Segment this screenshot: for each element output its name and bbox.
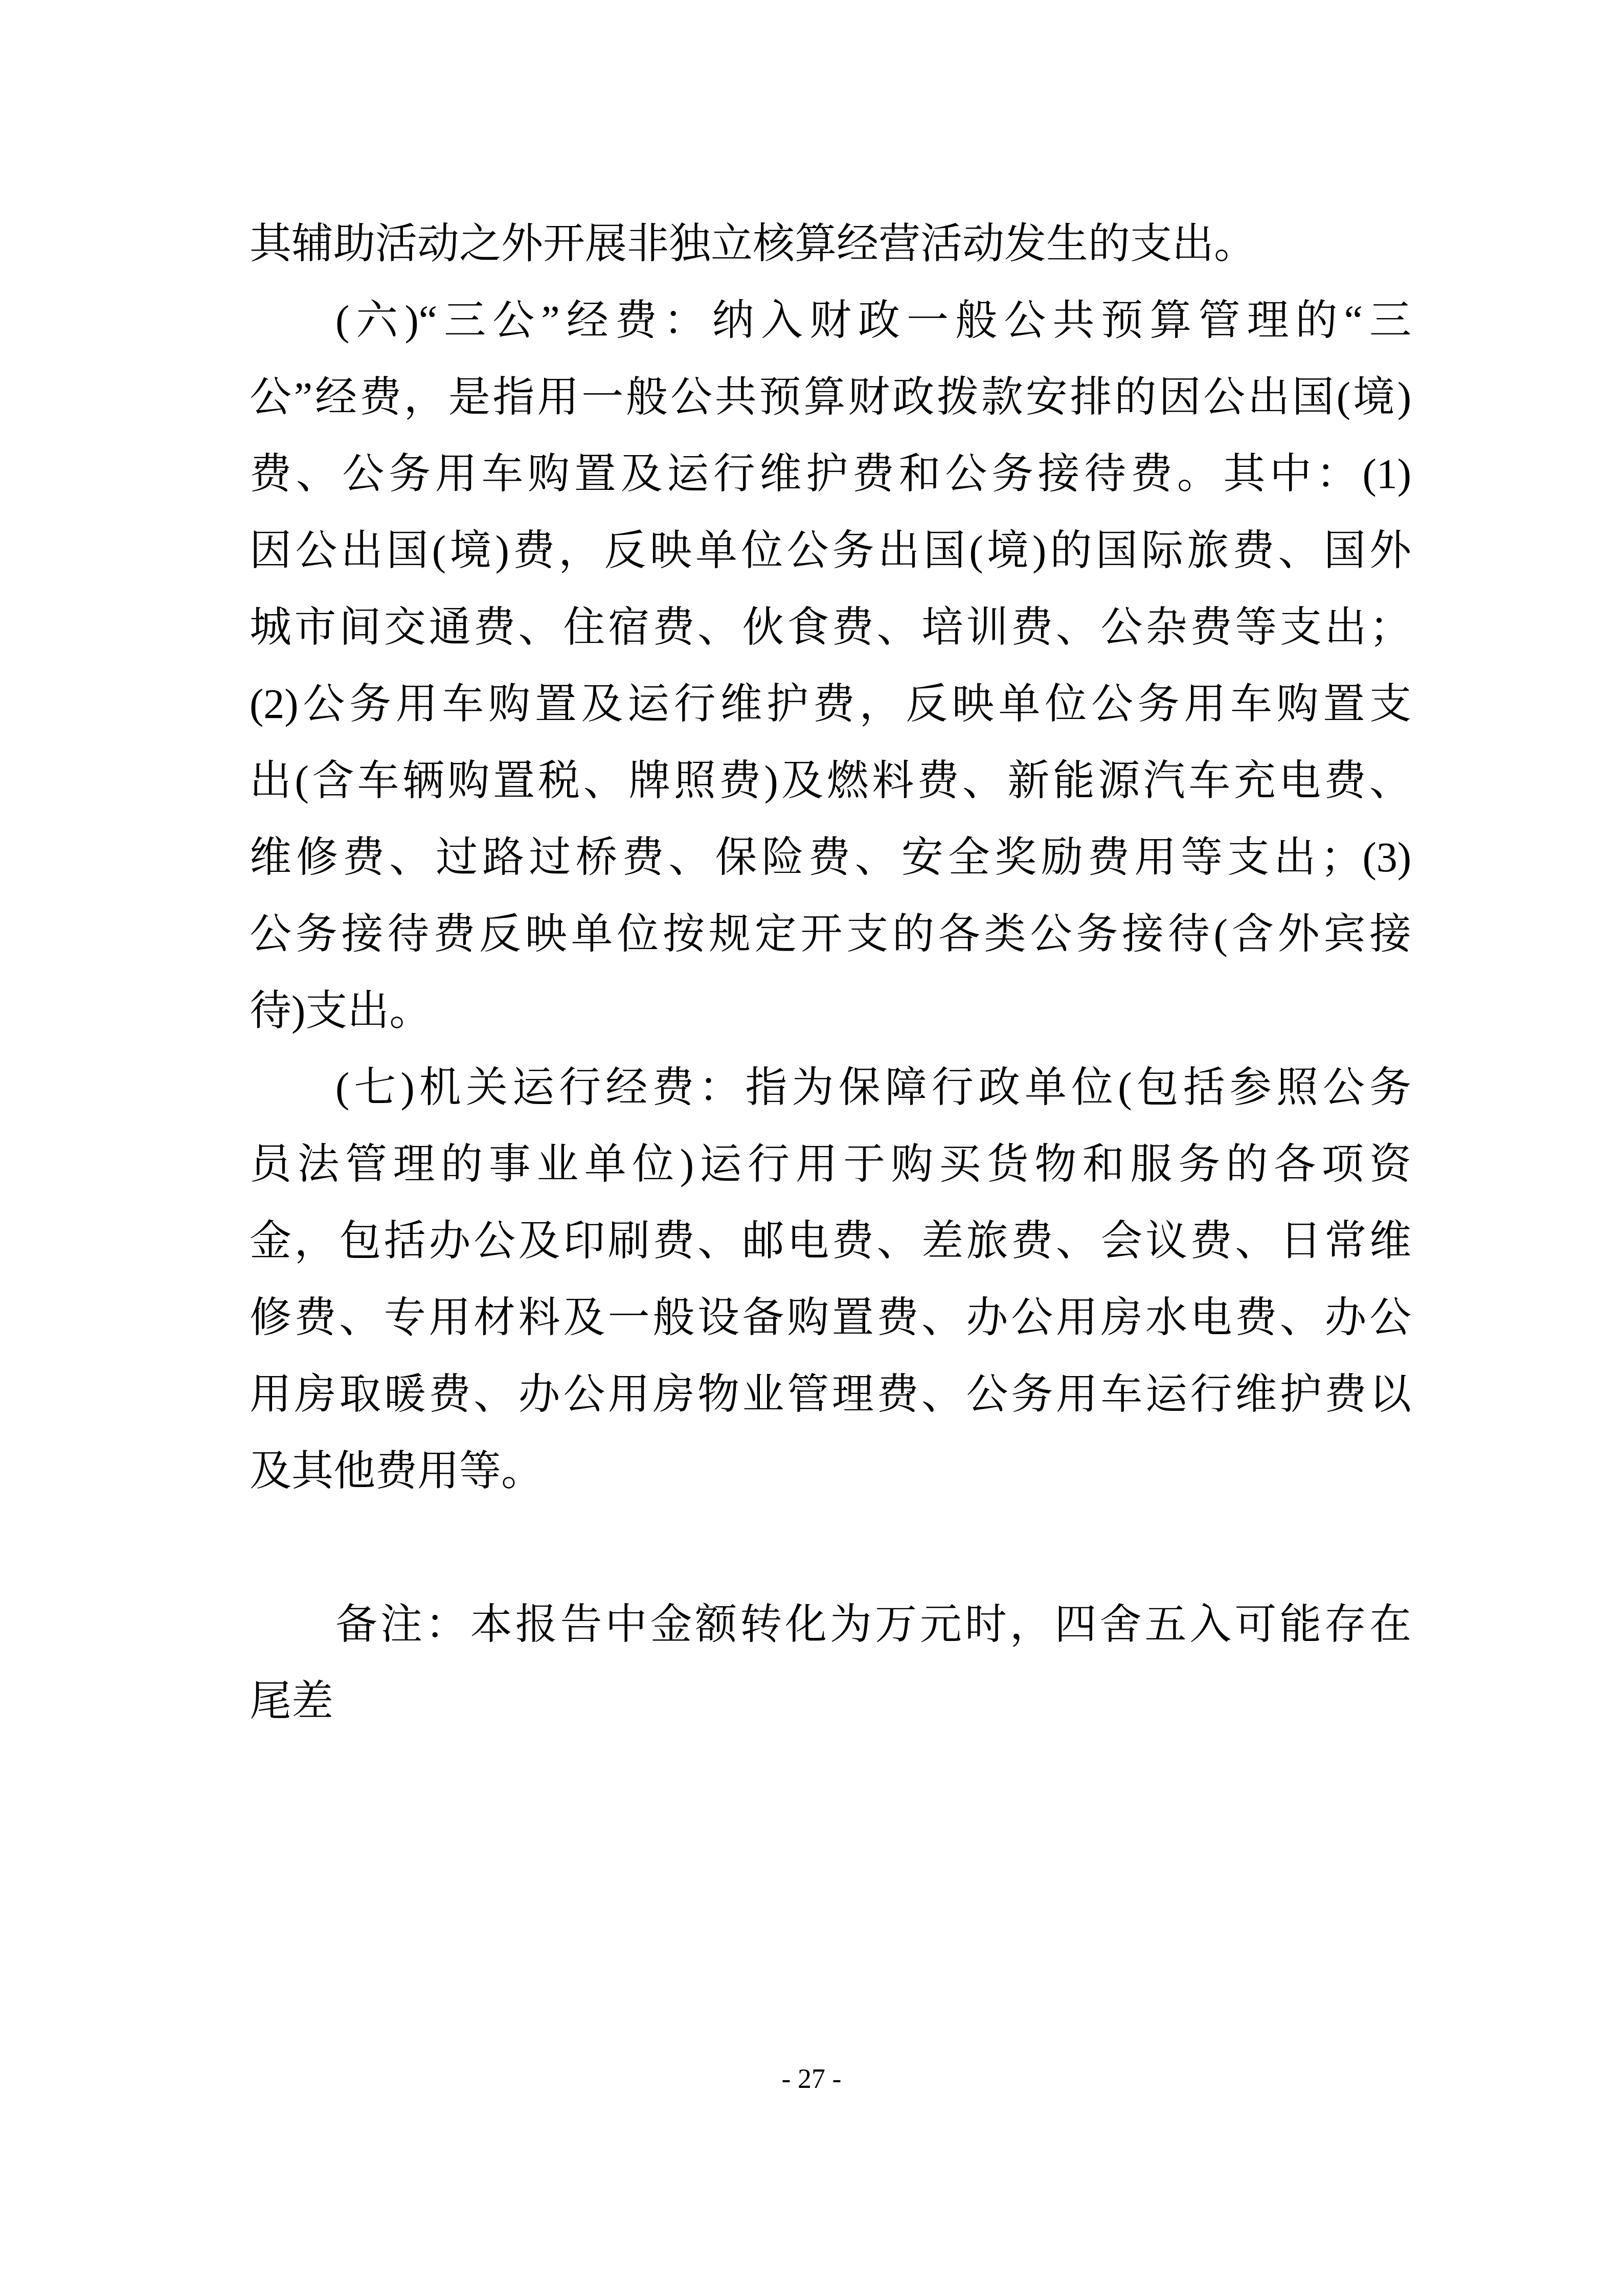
document-body: 其辅助活动之外开展非独立核算经营活动发生的支出。 (六)“三公”经费：纳入财政一… [250,206,1411,1740]
page-number: - 27 - [0,2063,1623,2095]
text-line: 其辅助活动之外开展非独立核算经营活动发生的支出。 [250,206,1411,282]
text-line: 城市间交通费、住宿费、伙食费、培训费、公杂费等支出； [250,589,1411,666]
text-line: 金，包括办公及印刷费、邮电费、差旅费、会议费、日常维 [250,1203,1411,1279]
text-line: 因公出国(境)费，反映单位公务出国(境)的国际旅费、国外 [250,512,1411,589]
text-line: 及其他费用等。 [250,1433,1411,1510]
text-line: 公务接待费反映单位按规定开支的各类公务接待(含外宾接 [250,896,1411,973]
text-line: 尾差 [250,1663,1411,1740]
text-line: 修费、专用材料及一般设备购置费、办公用房水电费、办公 [250,1279,1411,1356]
document-page: { "page": { "background_color": "#ffffff… [0,0,1623,2296]
text-line: 备注：本报告中金额转化为万元时，四舍五入可能存在 [250,1586,1411,1663]
blank-line [250,1510,1411,1586]
text-line: (六)“三公”经费：纳入财政一般公共预算管理的“三 [250,282,1411,359]
text-line: (七)机关运行经费：指为保障行政单位(包括参照公务 [250,1049,1411,1126]
text-line: 待)支出。 [250,973,1411,1049]
text-line: (2)公务用车购置及运行维护费，反映单位公务用车购置支 [250,666,1411,742]
text-line: 用房取暖费、办公用房物业管理费、公务用车运行维护费以 [250,1356,1411,1433]
text-line: 公”经费，是指用一般公共预算财政拨款安排的因公出国(境) [250,359,1411,436]
text-line: 费、公务用车购置及运行维护费和公务接待费。其中：(1) [250,436,1411,512]
text-line: 出(含车辆购置税、牌照费)及燃料费、新能源汽车充电费、 [250,742,1411,819]
text-line: 维修费、过路过桥费、保险费、安全奖励费用等支出；(3) [250,819,1411,896]
text-line: 员法管理的事业单位)运行用于购买货物和服务的各项资 [250,1126,1411,1203]
